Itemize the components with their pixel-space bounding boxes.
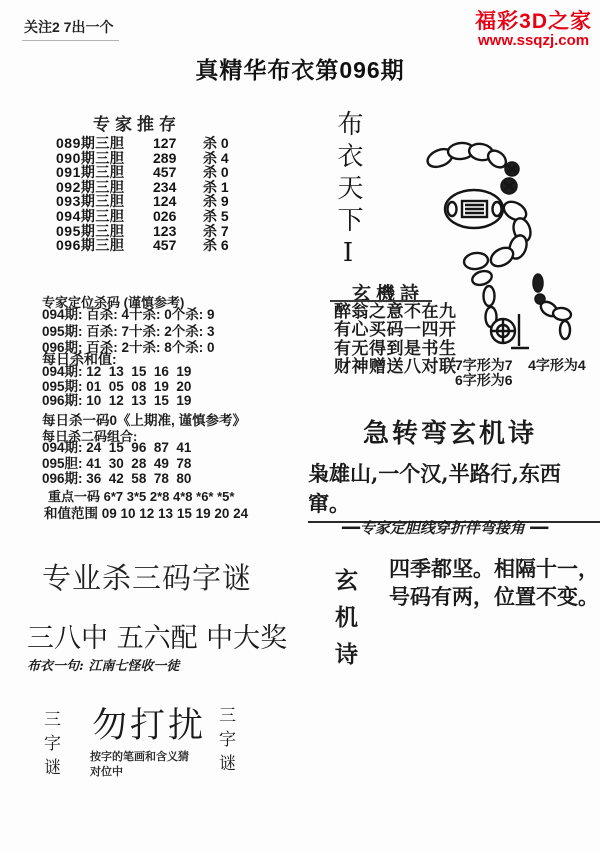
kill-cell: 杀 9 [203, 194, 229, 209]
ermazuhe-row: 096期: 36 42 58 78 80 [42, 471, 191, 487]
table-row: 093期三胆124杀 9 [56, 194, 229, 209]
sanzimi-note-line2: 对位中 [90, 765, 189, 780]
kill-cell: 杀 1 [203, 180, 229, 195]
shape-notes: 7字形为7 4字形为4 6字形为6 [455, 358, 586, 388]
table-row: 092期三胆234杀 1 [56, 180, 229, 195]
shahezhi-row: 095期: 01 05 08 19 20 [42, 380, 191, 395]
ermazuhe-rows: 094期: 24 15 96 87 41 095胆: 41 30 28 49 7… [42, 440, 191, 487]
period-cell: 089期三胆 [56, 136, 153, 151]
sanzimi-label-left: 三字谜 [38, 710, 63, 782]
table-row: 089期三胆127杀 0 [56, 136, 229, 151]
dan-cell: 457 [153, 165, 203, 180]
tuicun-header: 专家推存 [93, 110, 181, 135]
dingwei-row: 094期: 百杀: 4十杀: 0个杀: 9 [42, 307, 215, 324]
period-cell: 093期三胆 [56, 194, 153, 209]
sanzimi-note-line1: 按字的笔画和含义猜 [90, 750, 189, 765]
kill-cell: 杀 7 [203, 224, 229, 239]
table-row: 090期三胆289杀 4 [56, 151, 229, 166]
period-cell: 091期三胆 [56, 165, 153, 180]
period-cell: 090期三胆 [56, 151, 153, 166]
tuicun-table: 089期三胆127杀 0 090期三胆289杀 4 091期三胆457杀 0 0… [56, 136, 229, 253]
shape-note-line2: 6字形为6 [455, 373, 586, 388]
table-row: 095期三胆123杀 7 [56, 224, 229, 239]
dan-cell: 123 [153, 224, 203, 239]
poem-line: 有无得到是书生 [334, 340, 457, 358]
buyi-tianxia-label: 布衣天下Ⅰ [330, 110, 367, 274]
sharp-turn-riddle: 枭雄山,一个汉,半路行,东西窜。 [308, 458, 600, 523]
poem-line: 财神赠送八对联 [334, 358, 457, 376]
kill-cell: 杀 6 [203, 238, 229, 253]
dan-cell: 457 [153, 238, 203, 253]
table-row: 096期三胆457杀 6 [56, 238, 229, 253]
coin-chain-doodle-numbers [466, 266, 576, 358]
period-cell: 095期三胆 [56, 224, 153, 239]
buyi-sentence: 布衣一句: 江南七怪收一徒 [27, 655, 179, 674]
brand-url: www.ssqzj.com [475, 33, 592, 50]
sharp-turn-header: 急转弯玄机诗 [363, 413, 537, 450]
dan-cell: 234 [153, 180, 203, 195]
period-cell: 094期三胆 [56, 209, 153, 224]
ermazuhe-row: 094期: 24 15 96 87 41 [42, 440, 191, 456]
shape-note-line1: 7字形为7 4字形为4 [455, 358, 586, 373]
period-cell: 092期三胆 [56, 180, 153, 195]
shahezhi-row: 096期: 10 12 13 15 19 [42, 394, 191, 409]
site-brand: 福彩3D之家 www.ssqzj.com [475, 10, 592, 50]
dan-cell: 289 [153, 151, 203, 166]
xuanji-bottom-line1: 四季都坚。相隔十一， [389, 556, 599, 584]
page-title: 真精华布衣第096期 [0, 52, 600, 85]
kill-cell: 杀 0 [203, 165, 229, 180]
table-row: 094期三胆026杀 5 [56, 209, 229, 224]
dingwei-row: 095期: 百杀: 7十杀: 2个杀: 3 [42, 324, 215, 341]
sanzimi-label-right: 三字谜 [213, 706, 238, 778]
sanzimi-answer: 勿打扰 [92, 698, 206, 748]
corner-note: 关注2 7出一个 [22, 17, 119, 41]
xuanji-poem: 醉翁之意不在九 有心买码一四开 有无得到是书生 财神赠送八对联 [334, 303, 457, 377]
shahezhi-rows: 094期: 12 13 15 16 19 095期: 01 05 08 19 2… [42, 365, 191, 409]
kill-three-title: 专业杀三码字谜 [42, 556, 252, 597]
dan-cell: 124 [153, 194, 203, 209]
xuanji-bottom-line2: 号码有两，位置不变。 [389, 584, 599, 612]
shahezhi-row: 094期: 12 13 15 16 19 [42, 365, 191, 380]
expert-dan-note: ━━专家定胆线穿折伴弯接角 ━━ [300, 517, 590, 538]
period-cell: 096期三胆 [56, 238, 153, 253]
xuanji-vertical-label: 玄机诗 [328, 568, 361, 679]
xuanji-bottom-text: 四季都坚。相隔十一， 号码有两，位置不变。 [389, 556, 599, 612]
sum-range-line: 和值范围 09 10 12 13 15 19 20 24 [44, 502, 248, 522]
table-row: 091期三胆457杀 0 [56, 165, 229, 180]
kill-cell: 杀 5 [203, 209, 229, 224]
three-code-riddle: 三八中 五六配 中大奖 [27, 616, 287, 655]
dan-cell: 026 [153, 209, 203, 224]
kill-cell: 杀 0 [203, 136, 229, 151]
poem-line: 有心买码一四开 [334, 321, 457, 339]
poem-line: 醉翁之意不在九 [334, 303, 457, 321]
ermazuhe-row: 095胆: 41 30 28 49 78 [42, 456, 191, 472]
kill-cell: 杀 4 [203, 151, 229, 166]
dan-cell: 127 [153, 136, 203, 151]
lottery-tip-sheet: 关注2 7出一个 福彩3D之家 www.ssqzj.com 真精华布衣第096期… [0, 0, 600, 852]
brand-name: 福彩3D之家 [475, 10, 592, 33]
coin-chain-doodle-top [408, 136, 563, 271]
sanzimi-note: 按字的笔画和含义猜 对位中 [90, 750, 189, 780]
